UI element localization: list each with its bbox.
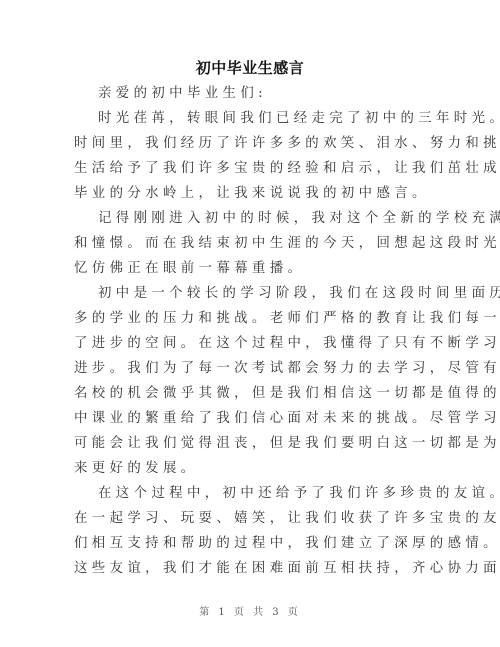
body-line: 初中是一个较长的学习阶段，我们在这段时间里面历经了许 bbox=[74, 281, 416, 306]
body-line: 名校的机会微乎其微，但是我们相信这一切都是值得的。再者初 bbox=[74, 381, 416, 406]
document-page: 初中毕业生感言 亲爱的初中毕业生们: 时光荏苒，转眼间我们已经走完了初中的三年时… bbox=[0, 0, 500, 647]
body-line: 和憧憬。而在我结束初中生涯的今天，回想起这段时光，种种回 bbox=[74, 231, 416, 256]
body-line: 多的学业的压力和挑战。老师们严格的教育让我们每一个人都有 bbox=[74, 306, 416, 331]
body-line: 在这个过程中，初中还给予了我们许多珍贵的友谊。同学们 bbox=[74, 481, 416, 506]
body-line: 记得刚刚进入初中的时候，我对这个全新的学校充满了期待 bbox=[74, 206, 416, 231]
body-line: 时光荏苒，转眼间我们已经走完了初中的三年时光。在这段 bbox=[74, 106, 416, 131]
body-line: 毕业的分水岭上，让我来说说我的初中感言。 bbox=[74, 181, 416, 206]
body-line: 在一起学习、玩耍、嬉笑，让我们收获了许多宝贵的友谊。在我 bbox=[74, 506, 416, 531]
document-title: 初中毕业生感言 bbox=[0, 57, 500, 78]
body-line: 可能会让我们觉得沮丧，但是我们要明白这一切都是为了我们将 bbox=[74, 431, 416, 456]
body-line: 生活给予了我们许多宝贵的经验和启示，让我们茁壮成长。站在 bbox=[74, 156, 416, 181]
page-number-footer: 第 1 页 共 3 页 bbox=[0, 603, 500, 618]
body-line: 时间里，我们经历了许许多多的欢笑、泪水、努力和挑战。初中 bbox=[74, 131, 416, 156]
salutation-line: 亲爱的初中毕业生们: bbox=[74, 81, 416, 106]
body-line: 来更好的发展。 bbox=[74, 456, 416, 481]
document-body: 亲爱的初中毕业生们: 时光荏苒，转眼间我们已经走完了初中的三年时光。在这段 时间… bbox=[74, 81, 416, 581]
body-line: 进步。我们为了每一次考试都会努力的去学习，尽管有时候考上 bbox=[74, 356, 416, 381]
body-line: 了进步的空间。在这个过程中，我懂得了只有不断学习才能不断 bbox=[74, 331, 416, 356]
body-line: 这些友谊，我们才能在困难面前互相扶持，齐心协力面对挑战。 bbox=[74, 556, 416, 581]
body-line: 中课业的繁重给了我们信心面对未来的挑战。尽管学习上的压力 bbox=[74, 406, 416, 431]
body-line: 忆仿佛正在眼前一幕幕重播。 bbox=[74, 256, 416, 281]
body-line: 们相互支持和帮助的过程中，我们建立了深厚的感情。正是有了 bbox=[74, 531, 416, 556]
